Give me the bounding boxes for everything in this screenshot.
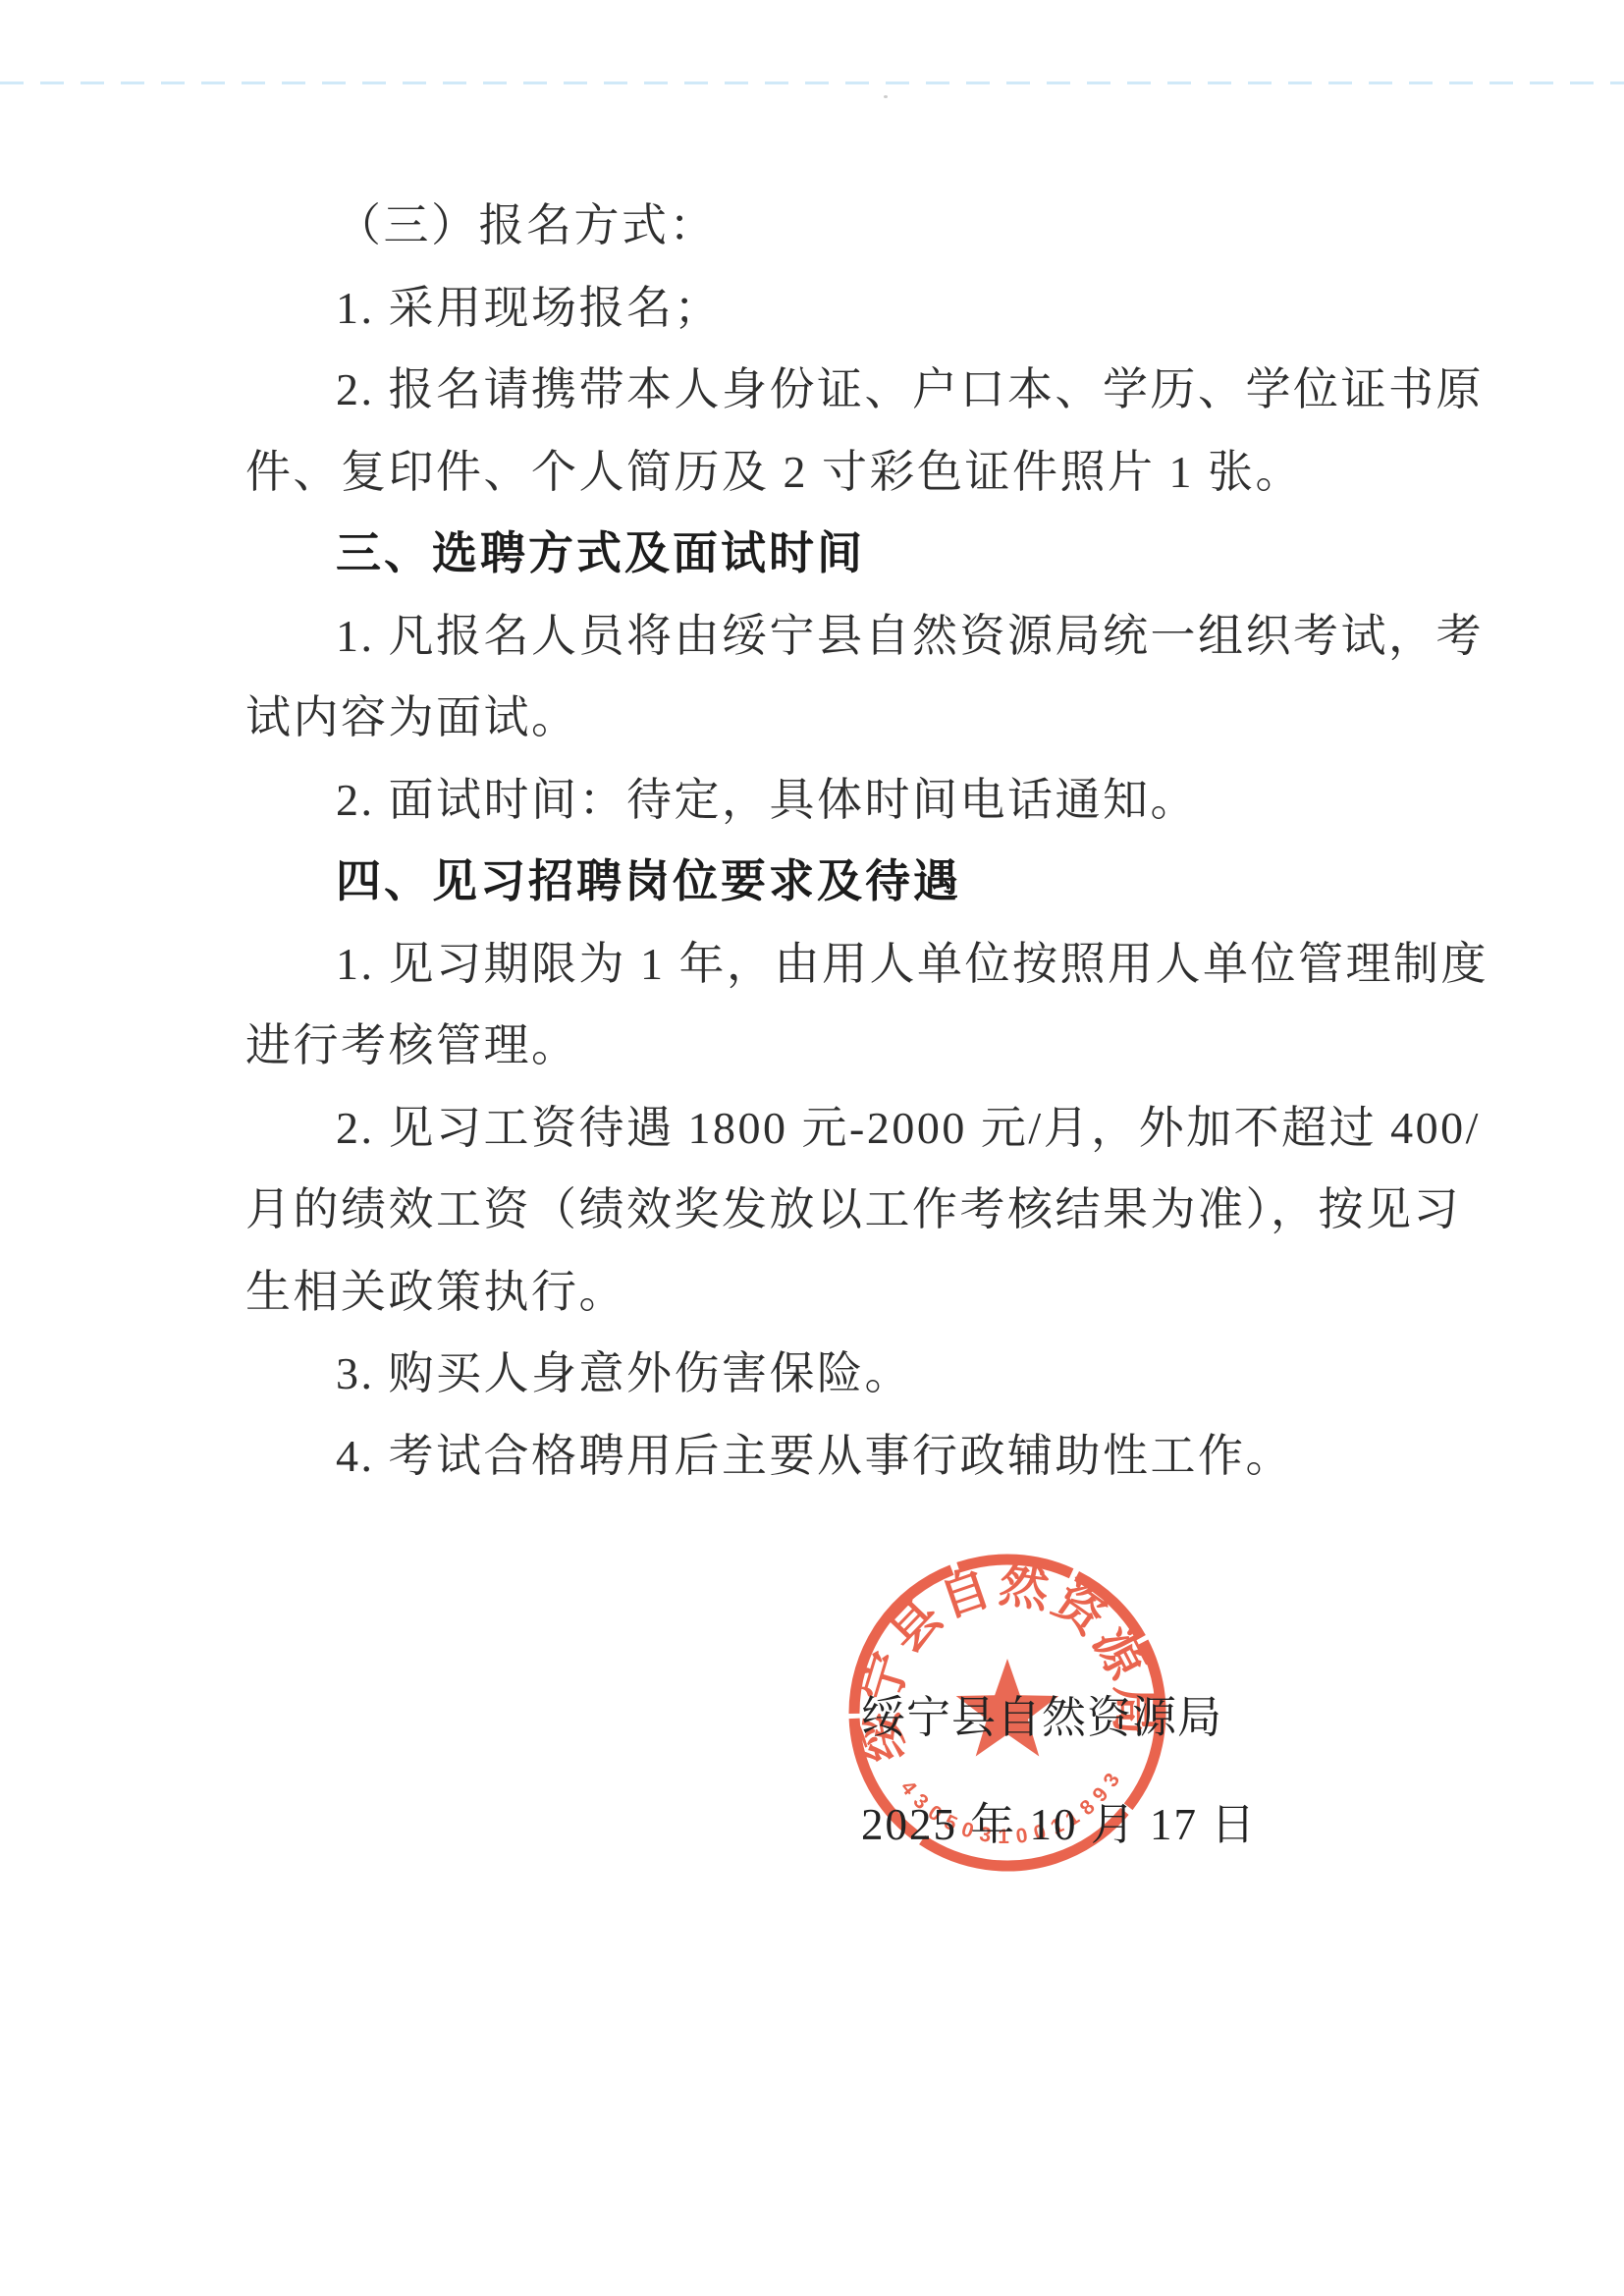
body-line: 1. 采用现场报名； bbox=[245, 267, 1386, 350]
body-line: 2. 面试时间：待定，具体时间电话通知。 bbox=[245, 759, 1386, 842]
body-line: 4. 考试合格聘用后主要从事行政辅助性工作。 bbox=[245, 1415, 1386, 1498]
section-heading: 三、选聘方式及面试时间 bbox=[245, 513, 1386, 595]
body-line: 进行考核管理。 bbox=[245, 1005, 1386, 1087]
body-line: 月的绩效工资（绩效奖发放以工作考核结果为准），按见习 bbox=[245, 1169, 1386, 1251]
body-line: 2. 报名请携带本人身份证、户口本、学历、学位证书原 bbox=[245, 349, 1386, 431]
body-line: 1. 凡报名人员将由绥宁县自然资源局统一组织考试，考 bbox=[245, 595, 1386, 678]
body-line: 3. 购买人身意外伤害保险。 bbox=[245, 1333, 1386, 1415]
signature-agency: 绥宁县自然资源局 bbox=[861, 1681, 1450, 1745]
body-line: 2. 见习工资待遇 1800 元-2000 元/月，外加不超过 400/ bbox=[245, 1087, 1386, 1170]
signature-date: 2025 年 10 月 17 日 bbox=[861, 1788, 1450, 1852]
body-line: 1. 见习期限为 1 年，由用人单位按照用人单位管理制度 bbox=[245, 923, 1386, 1006]
body-line: 件、复印件、个人简历及 2 寸彩色证件照片 1 张。 bbox=[245, 431, 1386, 514]
signature-block: 绥宁县自然资源局 2025 年 10 月 17 日 bbox=[861, 1681, 1450, 1852]
scan-artifact-line bbox=[0, 82, 1624, 84]
document-body: （三）报名方式：1. 采用现场报名；2. 报名请携带本人身份证、户口本、学历、学… bbox=[245, 185, 1386, 1497]
scan-speck bbox=[884, 95, 888, 98]
body-line: 生相关政策执行。 bbox=[245, 1251, 1386, 1334]
scanned-document-page: （三）报名方式：1. 采用现场报名；2. 报名请携带本人身份证、户口本、学历、学… bbox=[0, 0, 1624, 2296]
section-heading: 四、见习招聘岗位要求及待遇 bbox=[245, 841, 1386, 923]
body-line: （三）报名方式： bbox=[245, 185, 1386, 267]
body-line: 试内容为面试。 bbox=[245, 677, 1386, 759]
